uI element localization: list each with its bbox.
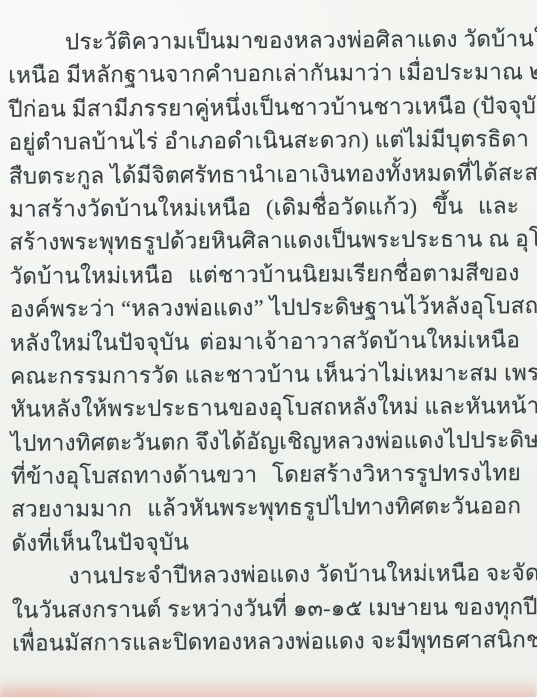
text-line: วัดบ้านใหม่เหนือ แต่ชาวบ้านนิยมเรียกชื่อ… [9, 256, 519, 293]
text-line: คณะกรรมการวัด และชาวบ้าน เห็นว่าไม่เหมาะ… [10, 356, 520, 393]
text-line: เหนือ มีหลักฐานจากคำบอกเล่ากันมาว่า เมื่… [8, 56, 518, 93]
text-line: หลังใหม่ในปัจจุบัน ต่อมาเจ้าอาวาสวัดบ้าน… [10, 323, 520, 360]
text-line: องค์พระว่า “หลวงพ่อแดง” ไปประดิษฐานไว้หล… [10, 289, 520, 326]
text-line: ในวันสงกรานต์ ระหว่างวันที่ ๑๓-๑๕ เมษายน… [12, 590, 522, 627]
text-line: สร้างพระพุทธรูปด้วยหินศิลาแดงเป็นพระประธ… [9, 223, 519, 260]
body-text: ประวัติความเป็นมาของหลวงพ่อศิลาแดง วัดบ้… [8, 22, 522, 660]
text-line: ดังที่เห็นในปัจจุบัน [11, 523, 521, 560]
text-line: สืบตระกูล ได้มีจิตศรัทธานำเอาเงินทองทั้ง… [9, 156, 519, 193]
text-line: ที่ข้างอุโบสถทางด้านขวา โดยสร้างวิหารรูป… [11, 456, 521, 493]
page-edge-glow-left [0, 679, 142, 697]
text-line: เพื่อนมัสการและปิดทองหลวงพ่อแดง จะมีพุทธ… [12, 623, 522, 660]
page-edge-glow-bottom [0, 677, 537, 697]
text-line: ประวัติความเป็นมาของหลวงพ่อศิลาแดง วัดบ้… [8, 22, 518, 59]
text-line: มาสร้างวัดบ้านใหม่เหนือ (เดิมชื่อวัดแก้ว… [9, 189, 519, 226]
document-page: ประวัติความเป็นมาของหลวงพ่อศิลาแดง วัดบ้… [0, 0, 537, 697]
text-line: ปีก่อน มีสามีภรรยาคู่หนึ่งเป็นชาวบ้านชาว… [8, 89, 518, 126]
text-line: ไปทางทิศตะวันตก จึงได้อัญเชิญหลวงพ่อแดงไ… [11, 423, 521, 460]
text-line: สวยงามมาก แล้วหันพระพุทธรูปไปทางทิศตะวัน… [11, 490, 521, 527]
text-line: อยู่ตำบลบ้านไร่ อำเภอดำเนินสะดวก) แต่ไม่… [8, 122, 518, 159]
text-line: งานประจำปีหลวงพ่อแดง วัดบ้านใหม่เหนือ จะ… [12, 556, 522, 593]
text-line: หันหลังให้พระประธานของอุโบสถหลังใหม่ และ… [10, 390, 520, 427]
